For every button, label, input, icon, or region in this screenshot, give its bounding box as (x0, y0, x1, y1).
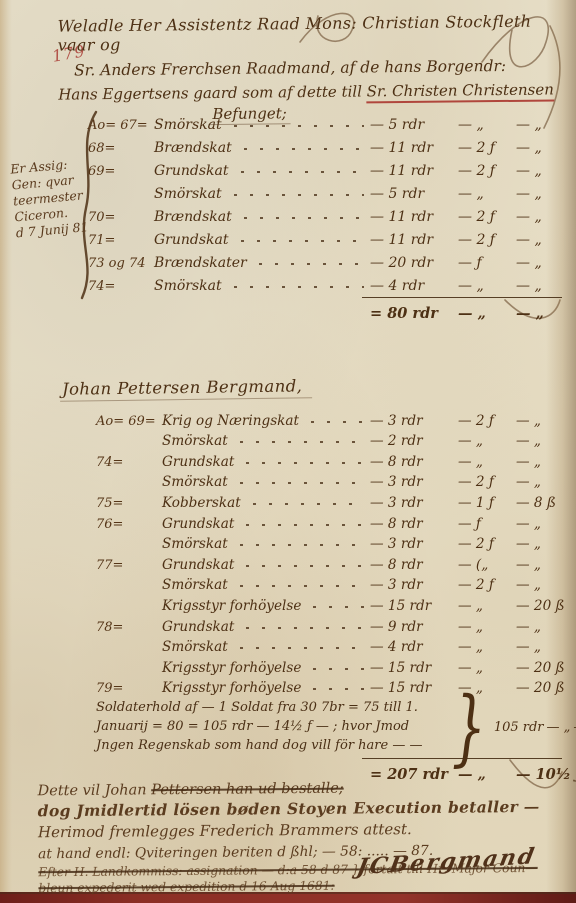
footer-notes: Dette vil Johan Pettersen han ud bestall… (38, 778, 565, 897)
entry-year: 73 og 74 (88, 256, 154, 271)
amount-rdr: — 3 rdr (370, 474, 458, 490)
ledger-row: 74= Smörskat — 4 rdr — „ — „ (88, 271, 562, 294)
manuscript-page: 179 Weladle Her Assistentz Raad Mons: Ch… (0, 0, 576, 903)
entry-label: Smörskat (154, 186, 226, 202)
ledger-row: Smörskat — 3 rdr — 2 ƒ — „ (96, 573, 562, 594)
amount-ort: — 2 ƒ (458, 140, 516, 156)
entry-label: Krigsstyr forhöyelse (162, 660, 305, 676)
entry-year: 74= (88, 279, 154, 294)
amount-skilling: — „ (516, 209, 562, 225)
amount-ort: — „ (458, 117, 516, 133)
amount-ort: — „ (458, 186, 516, 202)
amount-skilling: — „ (516, 163, 562, 179)
entry-label: Smörskat (162, 639, 232, 655)
leader-dots (246, 565, 364, 567)
page-edge-left (0, 0, 12, 903)
leader-dots (313, 606, 364, 608)
entry-label: Grundskat (154, 163, 233, 179)
amount-rdr: — 3 rdr (370, 536, 458, 552)
entry-label: Smörskat (154, 278, 226, 294)
header-line-3-text: Hans Eggertsens gaard som af dette till (58, 82, 362, 103)
amount-rdr: — 4 rdr (370, 278, 458, 294)
amount-skilling: — „ (516, 255, 562, 271)
leader-dots (234, 286, 364, 288)
amount-rdr: — 4 rdr (370, 639, 458, 655)
entry-year: 70= (88, 210, 154, 225)
amount-skilling: — „ (516, 413, 562, 429)
ledger-row: 76= Grundskat — 8 rdr — ƒ — „ (96, 511, 562, 532)
entry-year: 71= (88, 233, 154, 248)
amount-rdr: — 9 rdr (370, 619, 458, 635)
amount-skilling: — „ (516, 140, 562, 156)
amount-ort: — 2 ƒ (458, 536, 516, 552)
total-skilling: — „ (516, 305, 562, 322)
leader-dots (241, 171, 364, 173)
ledger-row: 78= Grundskat — 9 rdr — „ — „ (96, 614, 562, 635)
amount-skilling: — „ (516, 186, 562, 202)
amount-ort: — 2 ƒ (458, 232, 516, 248)
leader-dots (246, 462, 364, 464)
amount-rdr: — 15 rdr (370, 680, 458, 696)
entry-label: Smörskat (162, 433, 232, 449)
amount-ort: — ƒ (458, 255, 516, 271)
amount-rdr: — 5 rdr (370, 117, 458, 133)
amount-rdr: — 8 rdr (370, 454, 458, 470)
entry-year: 78= (96, 620, 162, 635)
amount-skilling: — 20 ß (516, 660, 562, 676)
emphasized-text: Execution betaller — (353, 797, 539, 818)
amount-ort: — „ (458, 619, 516, 635)
entry-label: Grundskat (162, 557, 238, 573)
amount-ort: — 2 ƒ (458, 474, 516, 490)
amount-rdr: — 11 rdr (370, 140, 458, 156)
amount-ort: — 2 ƒ (458, 163, 516, 179)
amount-skilling: — „ (516, 639, 562, 655)
amount-ort: — („ (458, 557, 516, 573)
amount-skilling: — „ (516, 577, 562, 593)
amount-ort: — 2 ƒ (458, 413, 516, 429)
amount-skilling: — „ (516, 433, 562, 449)
amount-rdr: — 8 rdr (370, 557, 458, 573)
amount-ort: — 2 ƒ (458, 209, 516, 225)
amount-rdr: — 20 rdr (370, 255, 458, 271)
amount-rdr: — 15 rdr (370, 598, 458, 614)
leader-dots (244, 148, 364, 150)
leader-dots (313, 688, 364, 690)
amount-rdr: — 3 rdr (370, 413, 458, 429)
amount-rdr: — 8 rdr (370, 516, 458, 532)
entry-year: Ao= 67= (88, 118, 154, 133)
amount-rdr: — 3 rdr (370, 577, 458, 593)
amount-ort: — „ (458, 639, 516, 655)
amount-rdr: — 15 rdr (370, 660, 458, 676)
group-line-3: Jngen Regenskab som hand dog vill för ha… (96, 737, 448, 756)
header-block: Weladle Her Assistentz Raad Mons: Christ… (57, 11, 564, 124)
entry-label: Brændskat (154, 209, 236, 225)
entry-year: 76= (96, 517, 162, 532)
leader-dots (240, 544, 364, 546)
amount-skilling: — „ (516, 536, 562, 552)
leader-dots (240, 647, 364, 649)
leader-dots (311, 421, 364, 423)
amount-ort: — „ (458, 278, 516, 294)
leader-dots (244, 217, 364, 219)
entry-label: Smörskat (162, 536, 232, 552)
entry-label: Grundskat (162, 454, 238, 470)
margin-note: Er Assig: Gen: qvar teermester Ciceron. … (10, 155, 97, 242)
total-rdr: = 80 rdr (370, 305, 458, 322)
leader-dots (253, 503, 364, 505)
ledger-row: 69= Grundskat — 11 rdr — 2 ƒ — „ (88, 156, 562, 179)
entry-label: Brændskater (154, 255, 251, 271)
entry-year: 68= (88, 141, 154, 156)
group-text: Soldaterhold af — 1 Soldat fra 30 7br = … (96, 699, 448, 755)
amount-ort: — 2 ƒ (458, 577, 516, 593)
amount-ort: — 1 ƒ (458, 495, 516, 511)
ledger-row: 70= Brændskat — 11 rdr — 2 ƒ — „ (88, 202, 562, 225)
ledger-row: 74= Grundskat — 8 rdr — „ — „ (96, 449, 562, 470)
amount-skilling: — „ (516, 232, 562, 248)
amount-skilling: — „ (516, 557, 562, 573)
entry-label: Krigsstyr forhöyelse (162, 598, 305, 614)
group-line-1: Soldaterhold af — 1 Soldat fra 30 7br = … (96, 699, 448, 718)
amount-skilling: — „ (516, 516, 562, 532)
amount-skilling: — „ (516, 454, 562, 470)
leader-dots (246, 524, 364, 526)
entry-year: Ao= 69= (96, 414, 162, 429)
leader-dots (313, 668, 364, 670)
leader-dots (240, 441, 364, 443)
entry-label: Krigsstyr forhöyelse (162, 680, 305, 696)
amount-skilling: — „ (516, 278, 562, 294)
ledger-row: Smörskat — 2 rdr — „ — „ (96, 429, 562, 450)
amount-ort: — ƒ (458, 516, 516, 532)
ledger-row: Smörskat — 4 rdr — „ — „ (96, 635, 562, 656)
leader-dots (240, 585, 364, 587)
ledger-row: Krigsstyr forhöyelse — 15 rdr — „ — 20 ß (96, 655, 562, 676)
leader-dots (246, 627, 364, 629)
spacer (104, 775, 364, 777)
entry-year: 79= (96, 681, 162, 696)
struck-text: bleun expederit wed expedition d 16 Aug … (38, 879, 334, 896)
section2-ledger: Ao= 69= Krig og Næringskat — 3 rdr — 2 ƒ… (96, 408, 562, 783)
closing-brace: } (452, 697, 486, 757)
spacer (96, 314, 364, 316)
amount-skilling: — „ (516, 474, 562, 490)
ledger-row: 73 og 74 Brændskater — 20 rdr — ƒ — „ (88, 248, 562, 271)
soldaterhold-group: Soldaterhold af — 1 Soldat fra 30 7br = … (96, 699, 562, 755)
entry-label: Grundskat (162, 516, 238, 532)
leader-dots (241, 240, 364, 242)
ledger-row: Smörskat — 3 rdr — 2 ƒ — „ (96, 470, 562, 491)
header-line-3-red-underlined: Sr. Christen Christensen (367, 80, 554, 103)
amount-skilling: — 20 ß (516, 680, 562, 696)
entry-year: 69= (88, 164, 154, 179)
leader-dots (234, 125, 364, 127)
leader-dots (234, 194, 364, 196)
amount-skilling: — 8 ß (516, 495, 562, 511)
amount-ort: — „ (458, 433, 516, 449)
entry-label: Smörskat (162, 474, 232, 490)
ledger-row: 68= Brændskat — 11 rdr — 2 ƒ — „ (88, 133, 562, 156)
entry-label: Grundskat (162, 619, 238, 635)
leader-dots (259, 263, 364, 265)
ledger-row: Smörskat — 5 rdr — „ — „ (88, 179, 562, 202)
entry-label: Krig og Næringskat (162, 413, 303, 429)
section1-total: = 80 rdr — „ — „ (88, 300, 562, 322)
entry-label: Kobberskat (162, 495, 245, 511)
amount-rdr: — 5 rdr (370, 186, 458, 202)
group-amount: 105 rdr — „ — 14½ ƒ (492, 699, 576, 755)
ledger-row: Ao= 67= Smörskat — 5 rdr — „ — „ (88, 110, 562, 133)
amount-rdr: — 11 rdr (370, 232, 458, 248)
ledger-row: 77= Grundskat — 8 rdr — („ — „ (96, 552, 562, 573)
entry-label: Brændskat (154, 140, 236, 156)
entry-year: 75= (96, 496, 162, 511)
entry-label: Smörskat (154, 117, 226, 133)
amount-skilling: — „ (516, 619, 562, 635)
ledger-row: 75= Kobberskat — 3 rdr — 1 ƒ — 8 ß (96, 490, 562, 511)
entry-label: Smörskat (162, 577, 232, 593)
group-line-2: Januarij = 80 = 105 rdr — 14½ ƒ — ; hvor… (96, 718, 448, 737)
amount-rdr: — 11 rdr (370, 209, 458, 225)
amount-skilling: — „ (516, 117, 562, 133)
amount-ort: — „ (458, 454, 516, 470)
amount-rdr: — 3 rdr (370, 495, 458, 511)
amount-ort: — „ (458, 660, 516, 676)
header-line-3: Hans Eggertsens gaard som af dette till … (58, 80, 564, 103)
total-rule (362, 297, 562, 298)
ledger-row: Krigsstyr forhöyelse — 15 rdr — „ — 20 ß (96, 593, 562, 614)
header-line-2: Sr. Anders Frerchsen Raadmand, af de han… (58, 56, 564, 79)
entry-year: 74= (96, 455, 162, 470)
amount-skilling: — 20 ß (516, 598, 562, 614)
amount-ort: — „ (458, 598, 516, 614)
ledger-row: 71= Grundskat — 11 rdr — 2 ƒ — „ (88, 225, 562, 248)
total-ort: — „ (458, 305, 516, 322)
amount-rdr: 105 rdr (494, 720, 544, 735)
ledger-row: 79= Krigsstyr forhöyelse — 15 rdr — „ — … (96, 676, 562, 697)
entry-label: Grundskat (154, 232, 233, 248)
section1-ledger: Ao= 67= Smörskat — 5 rdr — „ — „ 68= Bræ… (88, 110, 562, 322)
header-line-1: Weladle Her Assistentz Raad Mons: Christ… (57, 11, 563, 54)
section2-heading: Johan Pettersen Bergmand, (60, 376, 313, 402)
leader-dots (240, 482, 364, 484)
amount-ort: — „ (547, 720, 571, 735)
ledger-row: Smörskat — 3 rdr — 2 ƒ — „ (96, 532, 562, 553)
entry-year: 77= (96, 558, 162, 573)
ledger-row: Ao= 69= Krig og Næringskat — 3 rdr — 2 ƒ… (96, 408, 562, 429)
amount-rdr: — 11 rdr (370, 163, 458, 179)
amount-rdr: — 2 rdr (370, 433, 458, 449)
struck-text: Pettersen han ud bestalle; (151, 781, 344, 799)
